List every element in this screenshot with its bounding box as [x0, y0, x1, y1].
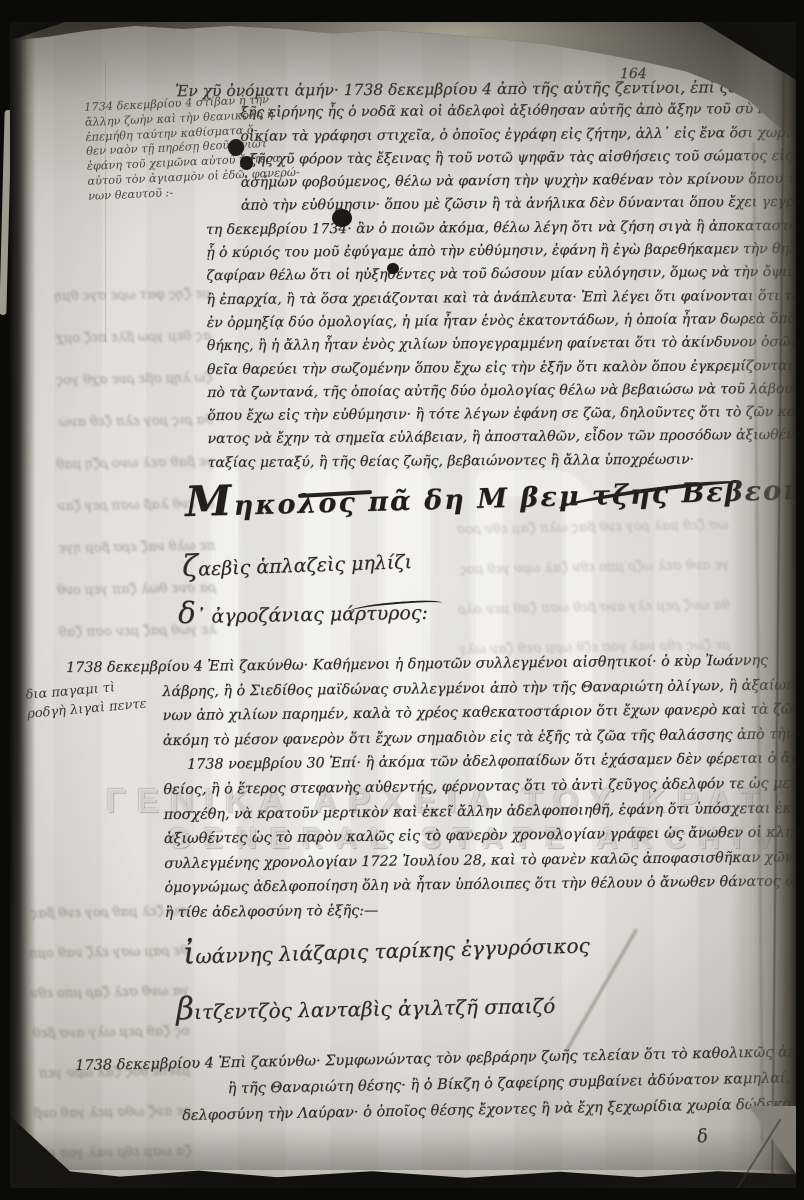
ink-blot	[332, 209, 352, 227]
ink-blot	[387, 263, 399, 274]
signature-witness-4: βιτζεντζὸς λανταβὶς ἀγιλτζῆ σπαιζό	[176, 985, 556, 1028]
page-left-edge	[10, 22, 36, 1188]
manuscript-page: ΓΕΝΙΚΑ ΑΡΧΕΙΑ ΤΟΥ ΚΡΑΤΟΥΣ GENERAL STATE …	[10, 22, 796, 1188]
page-right-edge	[730, 22, 796, 1188]
bleedthrough-line: γα ωνθ σελ ζαρ μπο εθν	[10, 983, 190, 1026]
manuscript-photo: ΓΕΝΙΚΑ ΑΡΧΕΙΑ ΤΟΥ ΚΡΑΤΟΥΣ GENERAL STATE …	[0, 0, 804, 1200]
bleedthrough-line: θα ρις μογ ελπ ζεθ ανω	[13, 412, 214, 457]
entry-1738-dec-4-second: 1738 δεκεμβρίου 4 Ἐπὶ ζακύνθω· Καθήμενοι…	[162, 652, 796, 929]
bleedthrough-line: θε ραμ ωσγ ελζ ναθ ομπ	[10, 943, 189, 986]
bleedthrough-line: ας θεμ γρω βλε πεζ ομχ	[11, 328, 212, 373]
bleedthrough-line: σω ζελ μαθ ρογ ενθ βας	[10, 903, 188, 946]
bleedthrough-line: ζω λημ σβε ρνε αχθ γος	[12, 370, 213, 415]
bleedthrough-line: με ζης φατ ωρε σγε θμη	[11, 286, 212, 331]
bottom-right-fold	[740, 1106, 796, 1188]
entry-1738-dec-4-third: 1738 δεκεμβρίου 4 Ἐπὶ ζακύνθω· Συμφωνώντ…	[75, 1044, 796, 1136]
bottom-edge-shadow	[10, 1128, 796, 1170]
